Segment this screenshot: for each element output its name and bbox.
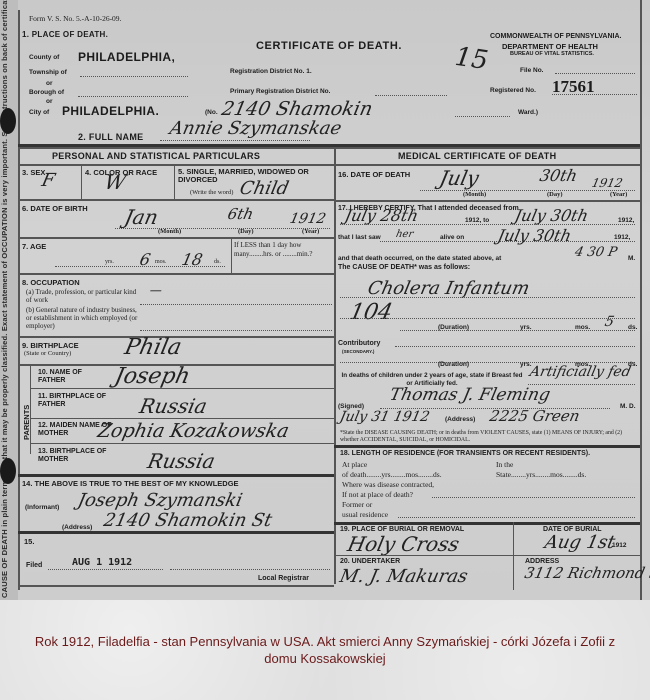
alive-on-label: alive on [440, 234, 464, 241]
death-certificate-scan: CAUSE OF DEATH in plain terms, so that i… [0, 0, 650, 600]
death-time: 4 30 P [573, 245, 618, 260]
informant-label: (Informant) [25, 504, 59, 511]
where-contracted-label: Where was disease contracted, [342, 480, 434, 489]
punch-hole [0, 108, 16, 134]
township-label: Township of [29, 69, 67, 76]
alive-on-year: 1912, [614, 234, 630, 241]
primary-reg-district: Primary Registration District No. [230, 88, 330, 95]
dob-month: Jan [122, 205, 160, 229]
signed-date: July 31 1912 [338, 409, 431, 425]
doctor-address-label: (Address) [445, 416, 475, 423]
or-label: or [46, 98, 53, 105]
undertaker-value: M. J. Makuras [338, 566, 470, 587]
street-address: 2140 Shamokin [220, 98, 375, 120]
mos-hint: mos. [155, 259, 167, 265]
father-birthplace-label: 11. BIRTHPLACE OF FATHER [38, 393, 118, 408]
usual-residence-label: usual residence [342, 510, 388, 519]
duration-label-2: (Duration) [438, 361, 469, 368]
filed-section: 15. [24, 537, 34, 546]
of-death-line: of death........yrs........mos........ds… [342, 470, 442, 479]
dob-year: 1912 [288, 211, 327, 227]
attended-from-year: 1912, to [465, 217, 489, 224]
dob-label: 6. DATE OF BIRTH [22, 204, 88, 213]
or-label: or [46, 80, 53, 87]
attended-from: July 28th [343, 206, 420, 225]
department: DEPARTMENT OF HEALTH [502, 42, 598, 51]
true-statement: 14. THE ABOVE IS TRUE TO THE BEST OF MY … [22, 479, 239, 488]
duration-yrs-2: yrs. [520, 361, 532, 368]
less-than-day: If LESS than 1 day how many........hrs. … [234, 241, 332, 259]
children-feeding-value: Artificially fed [528, 364, 632, 380]
birthplace-value: Phila [122, 335, 183, 360]
father-value: Joseph [112, 364, 192, 389]
secondary-label: (SECONDARY.) [342, 349, 374, 354]
signed-value: Thomas J. Fleming [388, 385, 552, 405]
medical-header: MEDICAL CERTIFICATE OF DEATH [398, 151, 556, 161]
at-place-label: At place [342, 460, 367, 469]
undertaker-label: 20. UNDERTAKER [340, 558, 400, 565]
dod-day: 30th [538, 166, 579, 185]
filed-label: Filed [26, 562, 42, 569]
dod-month: July [437, 166, 481, 190]
frame-left [18, 10, 20, 590]
birthplace-hint: (State or Country) [24, 350, 71, 357]
dod-day-hint: (Day) [547, 191, 563, 198]
age-label: 7. AGE [22, 242, 46, 251]
commonwealth: COMMONWEALTH OF PENNSYLVANIA. [490, 33, 621, 40]
mother-birthplace-label: 13. BIRTHPLACE OF MOTHER [38, 448, 118, 463]
occupation-b: (b) General nature of industry business,… [26, 306, 140, 330]
month-hint: (Month) [158, 228, 181, 235]
dod-year: 1912 [591, 176, 625, 190]
bureau: BUREAU OF VITAL STATISTICS. [510, 51, 594, 57]
occupation-value: — [149, 283, 164, 297]
form-number: Form V. S. No. 5.-A-10-26-09. [29, 14, 121, 23]
registration-district: Registration District No. 1. [230, 68, 312, 75]
street-no-label: (No. [205, 109, 218, 116]
cause-label: The CAUSE OF DEATH* was as follows: [338, 264, 470, 271]
day-hint: (Day) [238, 228, 254, 235]
doctor-address-value: 2225 Green [488, 407, 581, 425]
dod-label: 16. DATE OF DEATH [338, 170, 410, 179]
mother-name-value: Zophia Kozakowska [96, 420, 291, 442]
frame-right [640, 0, 642, 600]
death-occurred-label: and that death occurred, on the date sta… [338, 255, 501, 262]
duration-days: 5 [603, 314, 615, 330]
margin-note: 15 [453, 42, 490, 76]
county-label: County of [29, 54, 59, 61]
informant-address-label: (Address) [62, 524, 92, 531]
yrs-hint: yrs. [105, 259, 114, 265]
mother-birthplace-value: Russia [145, 449, 217, 473]
marital-value: Child [238, 178, 291, 199]
parents-label: PARENTS [22, 405, 31, 440]
birthplace-label: 9. BIRTHPLACE [22, 341, 79, 350]
side-instruction: CAUSE OF DEATH in plain terms, so that i… [1, 0, 9, 598]
alive-on-value: July 30th [496, 226, 573, 245]
filed-date: AUG 1 1912 [72, 557, 132, 568]
burial-value: Holy Cross [345, 532, 461, 556]
dod-year-hint: (Year) [610, 191, 627, 198]
age-days: 18 [180, 250, 204, 269]
informant-value: Joseph Szymanski [76, 490, 245, 511]
footnote: *State the DISEASE CAUSING DEATH; or in … [340, 430, 636, 444]
if-not-label: If not at place of death? [342, 490, 413, 499]
last-saw-label: that I last saw [338, 234, 381, 241]
undertaker-address-value: 3112 Richmond St [523, 564, 650, 582]
race-value: W [102, 170, 128, 194]
father-birthplace-value: Russia [137, 394, 209, 418]
cause-code: 104 [347, 300, 394, 325]
contributory-label: Contributory [338, 340, 380, 347]
last-saw-value: her [395, 229, 414, 240]
attended-to-year: 1912, [618, 217, 634, 224]
dod-month-hint: (Month) [463, 191, 486, 198]
file-no-label: File No. [520, 67, 543, 74]
ward-label: Ward.) [518, 109, 538, 116]
full-name-value: Annie Szymanskae [168, 118, 344, 139]
burial-year: 1912 [612, 542, 626, 549]
place-of-death-label: 1. PLACE OF DEATH. [22, 30, 108, 39]
in-the-label: In the [496, 460, 513, 469]
year-hint: (Year) [302, 228, 319, 235]
burial-date-value: Aug 1st [543, 532, 617, 553]
personal-header: PERSONAL AND STATISTICAL PARTICULARS [52, 151, 260, 161]
dob-day: 6th [226, 205, 255, 223]
city-label: City of [29, 109, 49, 116]
marital-hint: (Write the word) [190, 189, 233, 196]
informant-address-value: 2140 Shamokin St [102, 510, 274, 531]
occupation-a: (a) Trade, profession, or particular kin… [26, 288, 140, 304]
father-label: 10. NAME OF FATHER [38, 369, 108, 384]
ds-hint: ds. [214, 259, 221, 265]
certificate-title: CERTIFICATE OF DEATH. [256, 40, 402, 52]
residence-label: 18. LENGTH OF RESIDENCE (FOR TRANSIENTS … [340, 450, 590, 457]
local-registrar: Local Registrar [258, 575, 309, 582]
meridian-label: M. [628, 255, 635, 262]
cause-value: Cholera Infantum [366, 278, 532, 299]
city-value: PHILADELPHIA. [62, 104, 159, 118]
former-label: Former or [342, 500, 372, 509]
center-divider [334, 144, 336, 584]
registered-no-label: Registered No. [490, 87, 536, 94]
md-label: M. D. [620, 403, 636, 410]
state-line: State........yrs........mos........ds. [496, 470, 586, 479]
borough-label: Borough of [29, 89, 64, 96]
punch-hole [0, 458, 16, 484]
full-name-label: 2. FULL NAME [78, 132, 143, 142]
caption-text: Rok 1912, Filadelfia - stan Pennsylvania… [25, 633, 625, 667]
caption-panel: Rok 1912, Filadelfia - stan Pennsylvania… [0, 600, 650, 700]
county-value: PHILADELPHIA, [78, 50, 175, 64]
attended-to: July 30th [513, 206, 590, 225]
occupation-label: 8. OCCUPATION [22, 278, 80, 287]
